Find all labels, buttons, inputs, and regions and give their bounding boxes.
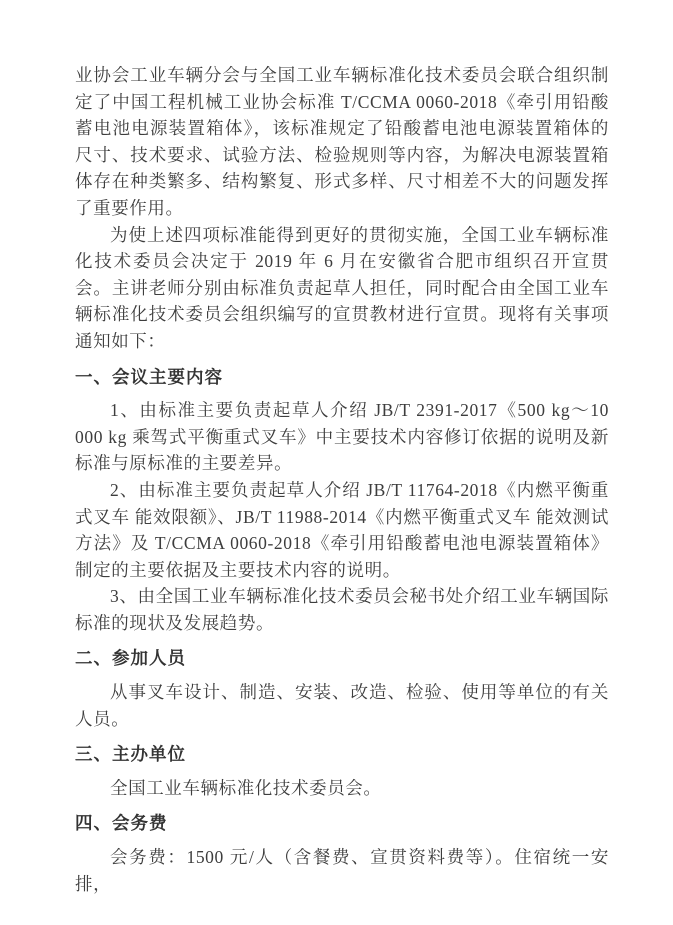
body-paragraph-continuation: 业协会工业车辆分会与全国工业车辆标准化技术委员会联合组织制定了中国工程机械工业协… [75, 62, 609, 222]
participants-paragraph: 从事叉车设计、制造、安装、改造、检验、使用等单位的有关人员。 [75, 679, 609, 732]
section-heading-4-conference-fee: 四、会务费 [75, 810, 609, 837]
section-heading-2-participants: 二、参加人员 [75, 645, 609, 672]
section-heading-1-meeting-content: 一、会议主要内容 [75, 364, 609, 391]
agenda-item-1: 1、由标准主要负责起草人介绍 JB/T 2391-2017《500 kg～10 … [75, 397, 609, 477]
agenda-item-3: 3、由全国工业车辆标准化技术委员会秘书处介绍工业车辆国际标准的现状及发展趋势。 [75, 583, 609, 636]
agenda-item-2: 2、由标准主要负责起草人介绍 JB/T 11764-2018《内燃平衡重式叉车 … [75, 477, 609, 583]
conference-fee-paragraph: 会务费：1500 元/人（含餐费、宣贯资料费等）。住宿统一安排， [75, 844, 609, 897]
section-heading-3-organizer: 三、主办单位 [75, 741, 609, 768]
body-paragraph-intro: 为使上述四项标准能得到更好的贯彻实施，全国工业车辆标准化技术委员会决定于 201… [75, 222, 609, 355]
organizer-paragraph: 全国工业车辆标准化技术委员会。 [75, 775, 609, 802]
scanned-document-page: 业协会工业车辆分会与全国工业车辆标准化技术委员会联合组织制定了中国工程机械工业协… [0, 0, 673, 925]
